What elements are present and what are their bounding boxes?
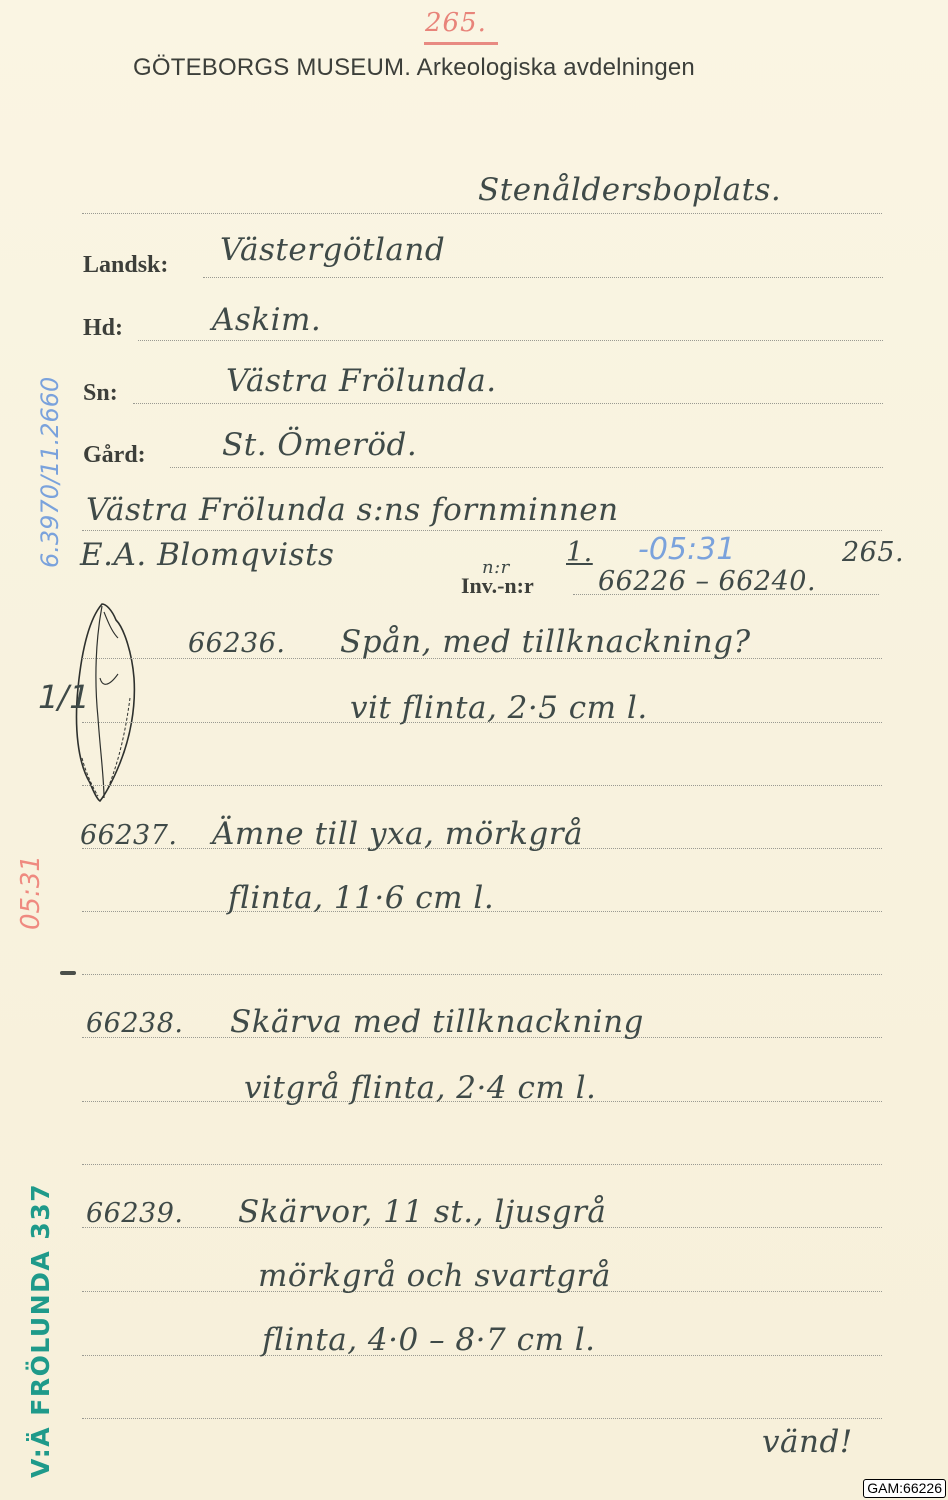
entry-number: 66239. <box>86 1198 183 1229</box>
label-harad: Hd: <box>83 315 123 342</box>
entry-line: flinta, 11·6 cm l. <box>228 880 494 916</box>
turn-over-note: vänd! <box>762 1424 853 1460</box>
card-header: GÖTEBORGS MUSEUM. Arkeologiska avdelning… <box>133 54 695 82</box>
dotted-line <box>133 403 883 404</box>
red-catalog-number: 265. <box>425 8 487 38</box>
label-inventory: Inv.-n:r <box>461 573 534 599</box>
entry-line: vit flinta, 2·5 cm l. <box>350 690 648 726</box>
blue-pencil-code: -05:31 <box>638 532 735 567</box>
entry-number: 66238. <box>86 1008 183 1039</box>
entry-line: mörkgrå och svartgrå <box>258 1258 611 1294</box>
drawing-scale-mark: 1/1 <box>34 678 94 716</box>
dotted-line <box>82 974 882 975</box>
blue-pencil-margin-note: 6.3970/11.2660 <box>36 377 64 568</box>
entry-line: Skärvor, 11 st., ljusgrå <box>238 1194 606 1230</box>
value-harad: Askim. <box>212 302 321 338</box>
dotted-line <box>170 467 883 468</box>
red-pencil-margin-note: 05:31 <box>16 855 46 930</box>
dotted-line <box>138 340 883 341</box>
value-inventory: 66226 – 66240. <box>598 566 816 597</box>
green-stamp: V:Ä FRÖLUNDA 337 <box>26 1183 55 1478</box>
dotted-line <box>82 1164 882 1165</box>
red-underline <box>424 42 498 45</box>
provenance-collector: E.A. Blomqvists <box>80 537 334 573</box>
entry-line: flinta, 4·0 – 8·7 cm l. <box>262 1322 595 1358</box>
value-socken: Västra Frölunda. <box>226 363 497 399</box>
department-name: Arkeologiska avdelningen <box>417 54 695 81</box>
dotted-line <box>203 277 883 278</box>
entry-line: vitgrå flinta, 2·4 cm l. <box>244 1070 596 1106</box>
label-gard: Gård: <box>83 442 146 469</box>
archive-id-badge: GAM:66226 <box>863 1479 946 1498</box>
dotted-line <box>82 785 882 786</box>
entry-line: Spån, med tillknackning? <box>340 624 751 660</box>
catalog-card: 265. GÖTEBORGS MUSEUM. Arkeologiska avde… <box>0 0 948 1500</box>
provenance-nr-value: 1. <box>566 537 593 568</box>
provenance-line-1: Västra Frölunda s:ns fornminnen <box>86 492 619 528</box>
value-landskap: Västergötland <box>220 232 445 268</box>
entry-number: 66236. <box>188 628 285 659</box>
site-type: Stenåldersboplats. <box>478 172 781 208</box>
entry-line: Skärva med tillknackning <box>230 1004 644 1040</box>
institution-name: GÖTEBORGS MUSEUM. <box>133 54 411 81</box>
margin-dash <box>60 971 76 975</box>
entry-number: 66237. <box>80 820 177 851</box>
dotted-line <box>82 213 882 214</box>
dotted-line <box>82 530 882 531</box>
dotted-line <box>82 1418 882 1419</box>
label-socken: Sn: <box>83 380 118 407</box>
entry-line: Ämne till yxa, mörkgrå <box>212 816 583 852</box>
collection-number: 265. <box>842 537 904 568</box>
label-landskap: Landsk: <box>83 252 168 279</box>
value-gard: St. Ömeröd. <box>222 427 417 463</box>
